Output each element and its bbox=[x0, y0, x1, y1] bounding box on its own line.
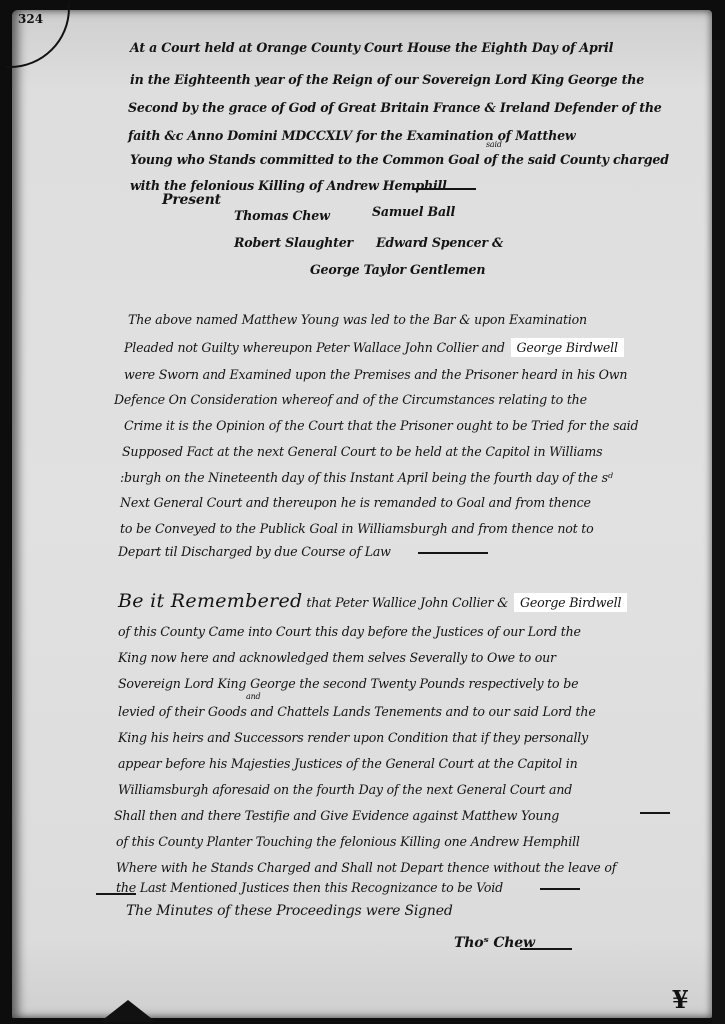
paragraph-line: appear before his Majesties Justices of … bbox=[118, 756, 578, 771]
paragraph-line: Sovereign Lord King George the second Tw… bbox=[118, 676, 578, 691]
page-edge-shadow bbox=[712, 40, 725, 1024]
preamble-line: Young who Stands committed to the Common… bbox=[130, 152, 669, 167]
justice-name: Robert Slaughter bbox=[234, 235, 353, 250]
present-label: Present bbox=[162, 192, 221, 208]
closing-statement: The Minutes of these Proceedings were Si… bbox=[126, 903, 453, 919]
paragraph-line: Where with he Stands Charged and Shall n… bbox=[116, 860, 616, 875]
paragraph-line: Depart til Discharged by due Course of L… bbox=[118, 544, 391, 559]
justice-name: George Taylor Gentlemen bbox=[310, 262, 485, 277]
corner-ink-mark: ¥ bbox=[672, 985, 689, 1014]
paragraph-line-with-name: Pleaded not Guilty whereupon Peter Walla… bbox=[124, 340, 624, 355]
folio-number: 324 bbox=[18, 12, 43, 26]
line-fill-rule bbox=[540, 888, 580, 890]
paragraph-line: Defence On Consideration whereof and of … bbox=[114, 392, 587, 407]
paragraph-line: Next General Court and thereupon he is r… bbox=[120, 495, 591, 510]
paragraph-line-text: Pleaded not Guilty whereupon Peter Walla… bbox=[124, 340, 505, 355]
paragraph-line-with-heading: Be it Remembered that Peter Wallice John… bbox=[118, 590, 627, 612]
preamble-line: faith &c Anno Domini MDCCXLV for the Exa… bbox=[128, 128, 576, 143]
preamble-line: At a Court held at Orange County Court H… bbox=[130, 40, 613, 55]
line-fill-rule bbox=[640, 812, 670, 814]
paragraph-line: King now here and acknowledged them selv… bbox=[118, 650, 556, 665]
signature-rule bbox=[520, 948, 572, 950]
margin-rule bbox=[96, 893, 136, 895]
interlineation-and: and bbox=[246, 692, 260, 701]
paragraph-line: King his heirs and Successors render upo… bbox=[118, 730, 588, 745]
interlineation-said: said bbox=[486, 140, 502, 149]
line-fill-rule bbox=[412, 188, 476, 190]
paragraph-line: The above named Matthew Young was led to… bbox=[128, 312, 587, 327]
justice-name: Samuel Ball bbox=[372, 204, 455, 219]
paragraph-line: of this County Came into Court this day … bbox=[118, 624, 581, 639]
highlighted-name: George Birdwell bbox=[514, 593, 627, 612]
preamble-line: in the Eighteenth year of the Reign of o… bbox=[130, 72, 644, 87]
paragraph-line-text: that Peter Wallice John Collier & bbox=[306, 595, 508, 610]
paragraph-line: Shall then and there Testifie and Give E… bbox=[114, 808, 559, 823]
preamble-line: with the felonious Killing of Andrew Hem… bbox=[130, 178, 447, 193]
paragraph-line: Williamsburgh aforesaid on the fourth Da… bbox=[118, 782, 572, 797]
paragraph-line: :burgh on the Nineteenth day of this Ins… bbox=[120, 470, 613, 485]
paragraph-line: levied of their Goods and Chattels Lands… bbox=[118, 704, 596, 719]
paragraph-line: the Last Mentioned Justices then this Re… bbox=[116, 880, 503, 895]
highlighted-name: George Birdwell bbox=[511, 338, 624, 357]
justice-name: Edward Spencer & bbox=[376, 235, 503, 250]
recognizance-heading: Be it Remembered bbox=[118, 590, 303, 612]
paragraph-line: were Sworn and Examined upon the Premise… bbox=[124, 367, 627, 382]
preamble-line: Second by the grace of God of Great Brit… bbox=[128, 100, 662, 115]
paragraph-line: of this County Planter Touching the felo… bbox=[116, 834, 580, 849]
paragraph-line: to be Conveyed to the Publick Goal in Wi… bbox=[120, 521, 594, 536]
justice-name: Thomas Chew bbox=[234, 208, 330, 223]
paragraph-line: Crime it is the Opinion of the Court tha… bbox=[124, 418, 638, 433]
line-fill-rule bbox=[418, 552, 488, 554]
page-fold-shadow bbox=[100, 1000, 156, 1022]
paragraph-line: Supposed Fact at the next General Court … bbox=[122, 444, 602, 459]
